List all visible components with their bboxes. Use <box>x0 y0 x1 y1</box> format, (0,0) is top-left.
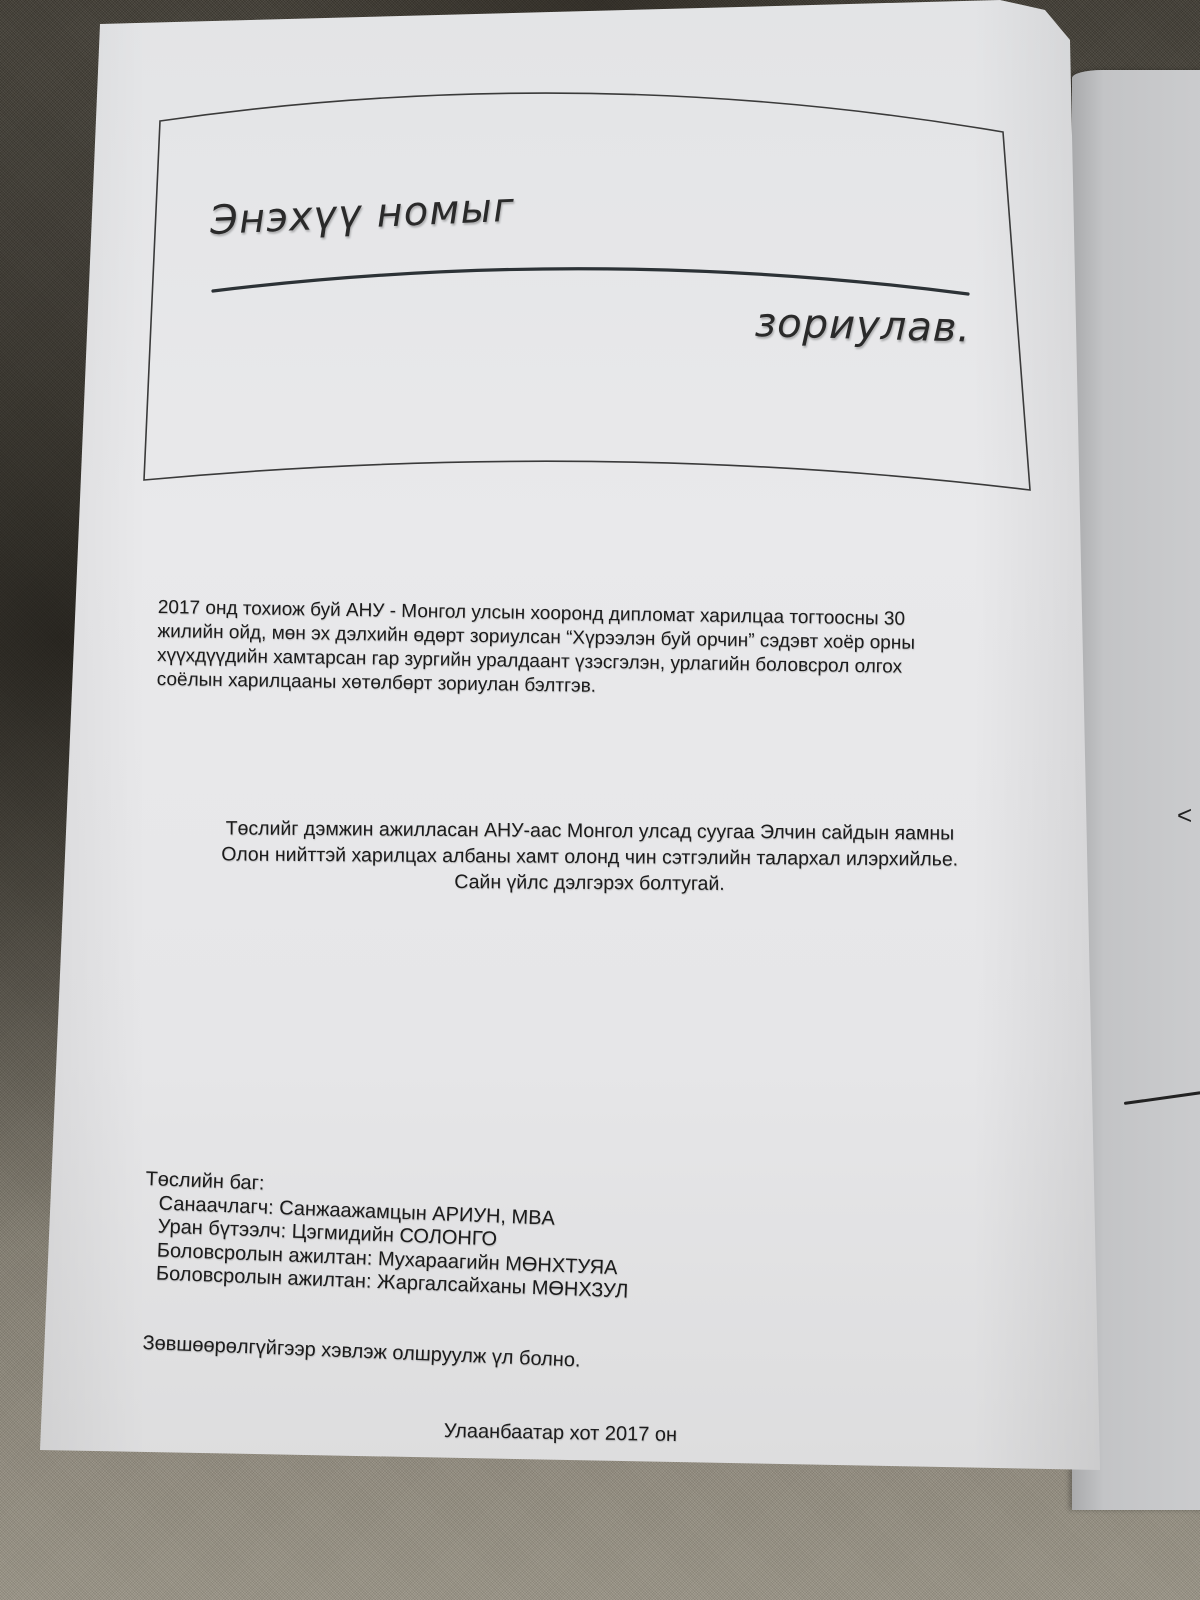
facing-page-drawing-line <box>1124 1085 1200 1105</box>
publication-place-year: Улаанбаатар хот 2017 он <box>444 1420 678 1447</box>
facing-page-drawing-fragment: < <box>1177 800 1192 831</box>
dedication-text-end: зориулав. <box>754 300 971 352</box>
intro-paragraph: 2017 онд тохиож буй АНУ - Монгол улсын х… <box>156 596 1027 706</box>
project-team: Төслийн баг: Санаачлагч: Санжаажамцын АР… <box>141 1168 765 1309</box>
acknowledgement-paragraph: Төслийг дэмжин ажилласан АНУ-аас Монгол … <box>159 815 1020 899</box>
